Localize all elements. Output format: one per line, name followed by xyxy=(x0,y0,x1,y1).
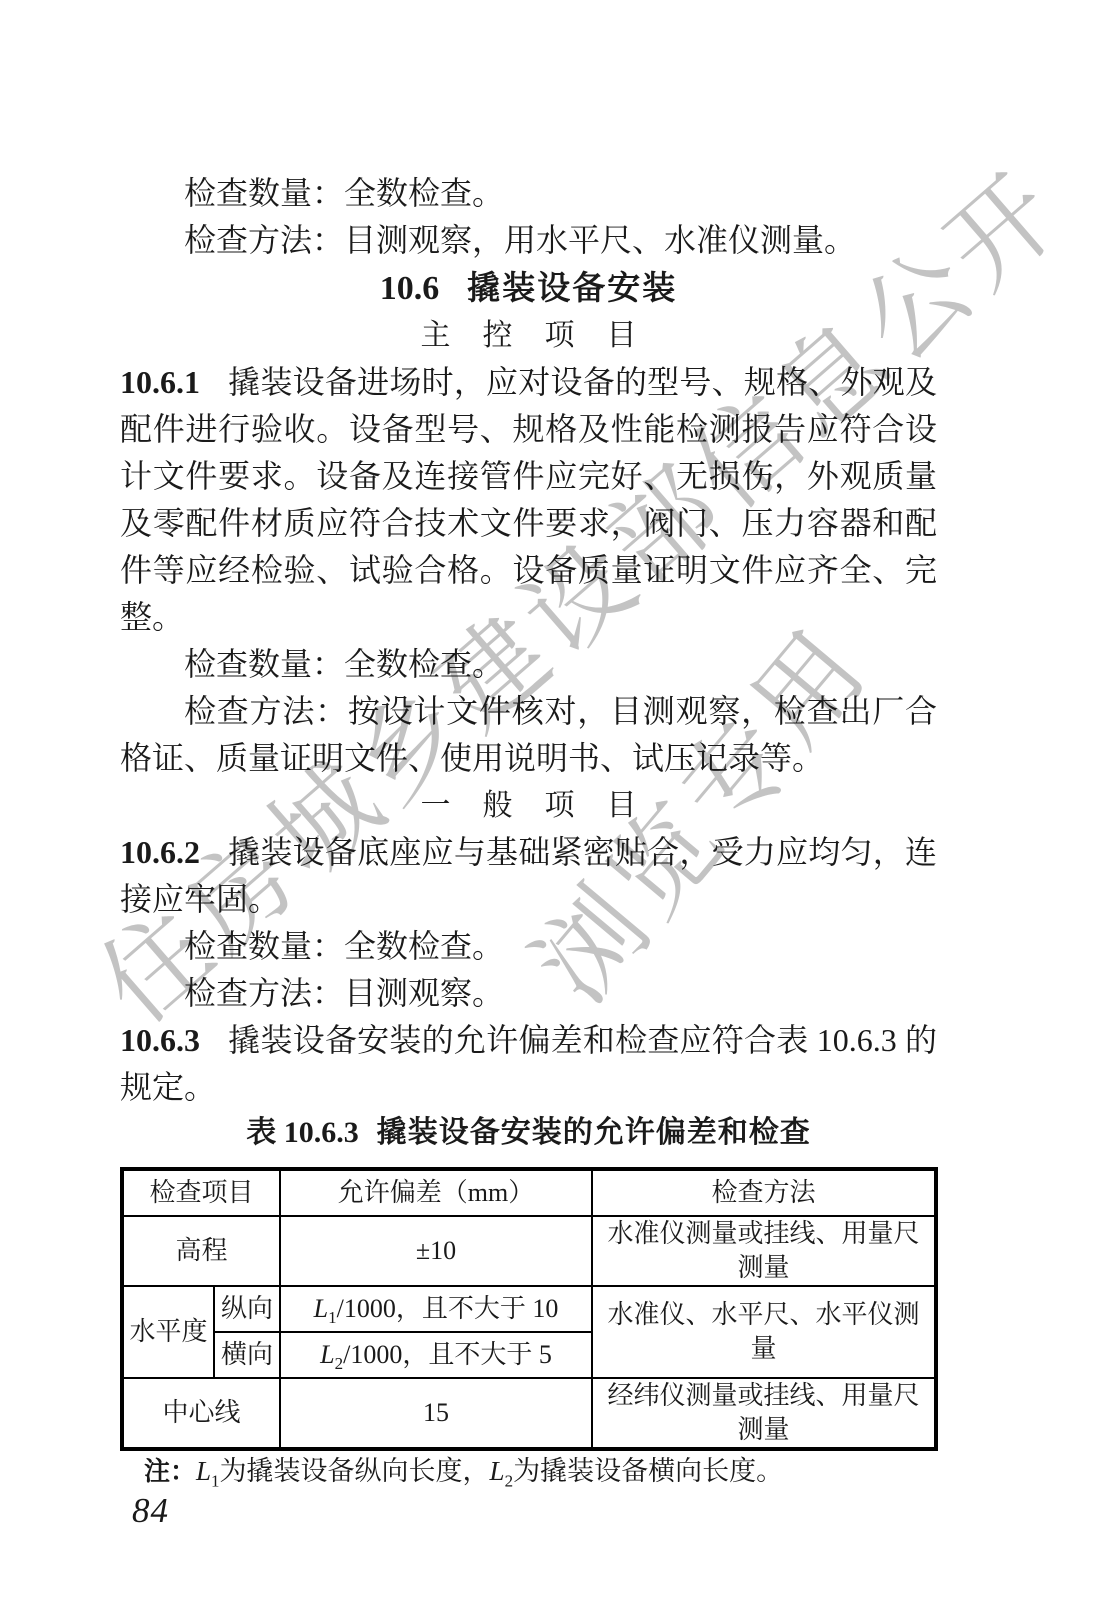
clause-text: 撬装设备安装的允许偏差和检查应符合表 10.6.3 的规定。 xyxy=(120,1022,937,1105)
cell-deviation: L2/1000，且不大于 5 xyxy=(280,1332,592,1378)
header-cell-deviation: 允许偏差（mm） xyxy=(280,1169,592,1216)
table-row-levelness-longitudinal: 水平度 纵向 L1/1000，且不大于 10 水准仪、水平尺、水平仪测量 xyxy=(122,1286,936,1332)
table-row-centerline: 中心线 15 经纬仪测量或挂线、用量尺测量 xyxy=(122,1378,936,1449)
header-cell-method: 检查方法 xyxy=(592,1169,936,1216)
page-number: 84 xyxy=(120,1491,937,1531)
note-label: 注： xyxy=(144,1456,196,1486)
table-note: 注：L1为撬装设备纵向长度，L2为撬装设备横向长度。 xyxy=(120,1451,937,1491)
table-row-elevation: 高程 ±10 水准仪测量或挂线、用量尺测量 xyxy=(122,1216,936,1286)
deviation-subscript: 2 xyxy=(335,1354,344,1373)
deviation-variable: L xyxy=(314,1294,328,1323)
note-text-2: 为撬装设备横向长度。 xyxy=(513,1456,783,1486)
document-page: 检查数量：全数检查。 检查方法：目测观察，用水平尺、水准仪测量。 10.6撬装设… xyxy=(120,170,937,1531)
table-caption-number: 表 10.6.3 xyxy=(246,1116,359,1149)
intro-check-method-line: 检查方法：目测观察，用水平尺、水准仪测量。 xyxy=(120,217,937,264)
cell-item: 高程 xyxy=(122,1216,280,1286)
cell-subitem: 纵向 xyxy=(214,1286,280,1332)
table-caption: 表 10.6.3撬装设备安装的允许偏差和检查 xyxy=(120,1111,937,1155)
clause-number: 10.6.3 xyxy=(120,1022,200,1058)
clause-10-6-1-check-quantity: 检查数量：全数检查。 xyxy=(120,641,937,688)
deviation-rest: /1000，且不大于 5 xyxy=(343,1340,552,1369)
cell-deviation: L1/1000，且不大于 10 xyxy=(280,1286,592,1332)
clause-10-6-2: 10.6.2撬装设备底座应与基础紧密贴合，受力应均匀，连接应牢固。 xyxy=(120,829,937,923)
cell-item: 水平度 xyxy=(122,1286,214,1378)
section-title: 撬装设备安装 xyxy=(467,269,677,306)
group-label-master-items: 主控项目 xyxy=(120,312,937,359)
deviation-spec-table: 检查项目 允许偏差（mm） 检查方法 高程 ±10 水准仪测量或挂线、用量尺测量… xyxy=(120,1167,938,1451)
deviation-subscript: 1 xyxy=(328,1308,337,1327)
table-header-row: 检查项目 允许偏差（mm） 检查方法 xyxy=(122,1169,936,1216)
section-number: 10.6 xyxy=(380,270,440,307)
note-variable-l1: L xyxy=(196,1456,211,1486)
cell-method: 水准仪、水平尺、水平仪测量 xyxy=(592,1286,936,1378)
clause-10-6-2-check-quantity: 检查数量：全数检查。 xyxy=(120,923,937,970)
cell-method: 水准仪测量或挂线、用量尺测量 xyxy=(592,1216,936,1286)
cell-deviation: ±10 xyxy=(280,1216,592,1286)
clause-10-6-1: 10.6.1撬装设备进场时，应对设备的型号、规格、外观及配件进行验收。设备型号、… xyxy=(120,359,937,641)
clause-text: 撬装设备底座应与基础紧密贴合，受力应均匀，连接应牢固。 xyxy=(120,834,937,917)
header-cell-item: 检查项目 xyxy=(122,1169,280,1216)
table-caption-title: 撬装设备安装的允许偏差和检查 xyxy=(377,1116,811,1149)
clause-number: 10.6.2 xyxy=(120,834,200,870)
cell-item: 中心线 xyxy=(122,1378,280,1449)
cell-method: 经纬仪测量或挂线、用量尺测量 xyxy=(592,1378,936,1449)
cell-subitem: 横向 xyxy=(214,1332,280,1378)
clause-10-6-2-check-method: 检查方法：目测观察。 xyxy=(120,970,937,1017)
group-label-general-items: 一般项目 xyxy=(120,782,937,829)
section-heading: 10.6撬装设备安装 xyxy=(120,264,937,312)
clause-10-6-1-check-method: 检查方法：按设计文件核对，目测观察，检查出厂合格证、质量证明文件、使用说明书、试… xyxy=(120,688,937,782)
clause-number: 10.6.1 xyxy=(120,364,200,400)
clause-10-6-3: 10.6.3撬装设备安装的允许偏差和检查应符合表 10.6.3 的规定。 xyxy=(120,1017,937,1111)
deviation-variable: L xyxy=(320,1340,334,1369)
note-subscript-1: 1 xyxy=(211,1471,220,1490)
intro-check-quantity-line: 检查数量：全数检查。 xyxy=(120,170,937,217)
note-text-1: 为撬装设备纵向长度， xyxy=(220,1456,490,1486)
clause-text: 撬装设备进场时，应对设备的型号、规格、外观及配件进行验收。设备型号、规格及性能检… xyxy=(120,364,937,635)
note-variable-l2: L xyxy=(490,1456,505,1486)
deviation-rest: /1000，且不大于 10 xyxy=(337,1294,559,1323)
cell-deviation: 15 xyxy=(280,1378,592,1449)
note-subscript-2: 2 xyxy=(505,1471,514,1490)
